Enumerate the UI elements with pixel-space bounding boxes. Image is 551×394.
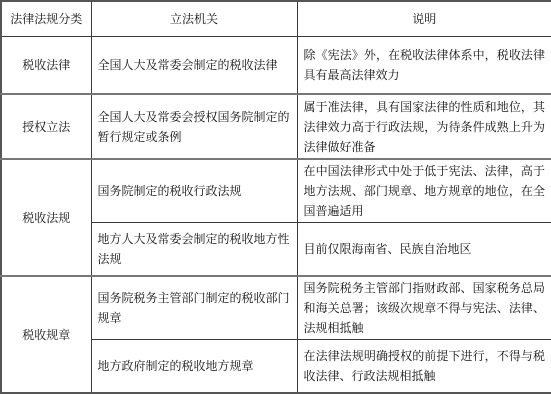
authority-cell: 全国人大及常委会制定的税收法律 bbox=[91, 36, 297, 94]
table-row: 税收法规 国务院制定的税收行政法规 在中国法律形式中处于低于宪法、法律，高于地方… bbox=[1, 159, 551, 222]
table-row: 税收规章 国务院税务主管部门制定的税收部门规章 国务院税务主管部门指财政部、国家… bbox=[1, 276, 551, 339]
description-cell: 除《宪法》外，在税收法律体系中，税收法律具有最高法律效力 bbox=[297, 36, 551, 94]
header-description: 说明 bbox=[297, 1, 551, 36]
description-cell: 属于准法律，具有国家法律的性质和地位，其法律效力高于行政法规，为待条件成熟上升为… bbox=[297, 94, 551, 159]
category-cell: 授权立法 bbox=[1, 94, 91, 159]
authority-cell: 国务院税务主管部门制定的税收部门规章 bbox=[91, 276, 297, 339]
authority-cell: 国务院制定的税收行政法规 bbox=[91, 159, 297, 222]
table-row: 税收法律 全国人大及常委会制定的税收法律 除《宪法》外，在税收法律体系中，税收法… bbox=[1, 36, 551, 94]
authority-cell: 地方人大及常委会制定的税收地方性法规 bbox=[91, 222, 297, 276]
category-cell: 税收法律 bbox=[1, 36, 91, 94]
description-cell: 在中国法律形式中处于低于宪法、法律，高于地方法规、部门规章、地方规章的地位，在全… bbox=[297, 159, 551, 222]
header-authority: 立法机关 bbox=[91, 1, 297, 36]
description-cell: 目前仅限海南省、民族自治地区 bbox=[297, 222, 551, 276]
authority-cell: 地方政府制定的税收地方规章 bbox=[91, 339, 297, 393]
category-cell: 税收法规 bbox=[1, 159, 91, 276]
header-category: 法律法规分类 bbox=[1, 1, 91, 36]
tax-law-classification-table: 法律法规分类 立法机关 说明 税收法律 全国人大及常委会制定的税收法律 除《宪法… bbox=[0, 0, 551, 394]
description-cell: 在法律法规明确授权的前提下进行，不得与税收法律、行政法规相抵触 bbox=[297, 339, 551, 393]
table-row: 授权立法 全国人大及常委会授权国务院制定的暂行规定或条例 属于准法律，具有国家法… bbox=[1, 94, 551, 159]
category-cell: 税收规章 bbox=[1, 276, 91, 393]
authority-cell: 全国人大及常委会授权国务院制定的暂行规定或条例 bbox=[91, 94, 297, 159]
header-row: 法律法规分类 立法机关 说明 bbox=[1, 1, 551, 36]
description-cell: 国务院税务主管部门指财政部、国家税务总局和海关总署；该级次规章不得与宪法、法律、… bbox=[297, 276, 551, 339]
